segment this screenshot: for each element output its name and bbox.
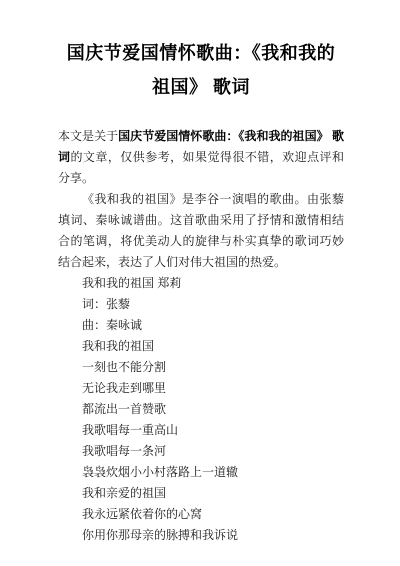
song-description-paragraph: 《我和我的祖国》是李谷一演唱的歌曲。由张藜填词、秦咏诚谱曲。这首歌曲采用了抒情和… [58, 189, 344, 273]
lyric-line: 无论我走到哪里 [58, 378, 344, 399]
lyric-line: 我和亲爱的祖国 [58, 483, 344, 504]
lyrics-section: 我和我的祖国 郑莉 词：张藜 曲：秦咏诚 我和我的祖国 一刻也不能分割 无论我走… [58, 273, 344, 546]
lyric-line-lyricist: 词：张藜 [58, 294, 344, 315]
lyric-line: 我歌唱每一重高山 [58, 420, 344, 441]
article-title: 国庆节爱国情怀歌曲：《我和我的祖国》 歌词 [58, 36, 344, 104]
lyric-line: 我永远紧依着你的心窝 [58, 504, 344, 525]
lyric-line: 一刻也不能分割 [58, 357, 344, 378]
document-page: 国庆节爱国情怀歌曲：《我和我的祖国》 歌词 本文是关于国庆节爱国情怀歌曲：《我和… [0, 0, 400, 566]
intro-prefix: 本文是关于 [58, 129, 118, 143]
lyric-line: 你用你那母亲的脉搏和我诉说 [58, 525, 344, 546]
lyric-line: 袅袅炊烟小小村落路上一道辙 [58, 462, 344, 483]
intro-suffix: 的文章，仅供参考，如果觉得很不错，欢迎点评和分享。 [58, 150, 344, 185]
lyric-line-composer: 曲：秦咏诚 [58, 315, 344, 336]
lyric-line: 我和我的祖国 [58, 336, 344, 357]
lyric-line: 我歌唱每一条河 [58, 441, 344, 462]
article-body: 本文是关于国庆节爱国情怀歌曲：《我和我的祖国》 歌词的文章，仅供参考，如果觉得很… [58, 126, 344, 546]
intro-paragraph: 本文是关于国庆节爱国情怀歌曲：《我和我的祖国》 歌词的文章，仅供参考，如果觉得很… [58, 126, 344, 189]
lyric-line: 都流出一首赞歌 [58, 399, 344, 420]
lyric-line-song-title-and-singer: 我和我的祖国 郑莉 [58, 273, 344, 294]
